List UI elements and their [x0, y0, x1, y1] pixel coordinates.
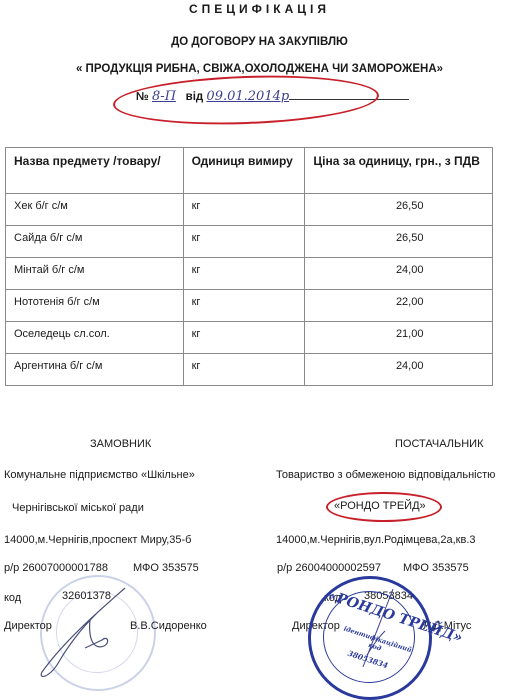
customer-code-label: код [4, 592, 21, 604]
item-name: Мінтай б/г с/м [6, 258, 184, 290]
item-price: 26,50 [305, 226, 493, 258]
item-unit: кг [183, 290, 305, 322]
item-unit: кг [183, 258, 305, 290]
supplier-signature-icon [345, 585, 405, 675]
table-row: Хек б/г с/м кг 26,50 [6, 194, 493, 226]
supplier-address: 14000,м.Чернігів,вул.Родімцева,2а,кв.3 [276, 534, 476, 546]
supplier-account: р/р 26004000002597 [277, 562, 381, 574]
item-price: 21,00 [305, 322, 493, 354]
customer-account: р/р 26007000001788 [4, 562, 108, 574]
item-name: Оселедець сл.сол. [6, 322, 184, 354]
item-name: Аргентина б/г с/м [6, 354, 184, 386]
table-row: Сайда б/г с/м кг 26,50 [6, 226, 493, 258]
customer-director-label: Директор [4, 620, 52, 632]
document-title: СПЕЦИФІКАЦІЯ [0, 2, 519, 16]
customer-mfo: МФО 353575 [133, 562, 199, 574]
column-header-name: Назва предмету /товару/ [6, 148, 184, 194]
table-row: Оселедець сл.сол. кг 21,00 [6, 322, 493, 354]
table-row: Аргентина б/г с/м кг 24,00 [6, 354, 493, 386]
item-price: 24,00 [305, 258, 493, 290]
table-header-row: Назва предмету /товару/ Одиниця вимиру Ц… [6, 148, 493, 194]
item-name: Хек б/г с/м [6, 194, 184, 226]
item-price: 22,00 [305, 290, 493, 322]
item-price: 26,50 [305, 194, 493, 226]
customer-heading: ЗАМОВНИК [90, 438, 151, 450]
supplier-org-line1: Товариство з обмеженою відповідальністю [276, 469, 495, 481]
red-highlight-oval-supplier [326, 492, 442, 522]
table-row: Мінтай б/г с/м кг 24,00 [6, 258, 493, 290]
product-description: « ПРОДУКЦІЯ РИБНА, СВІЖА,ОХОЛОДЖЕНА ЧИ З… [0, 63, 519, 75]
item-unit: кг [183, 354, 305, 386]
specification-table: Назва предмету /товару/ Одиниця вимиру Ц… [5, 147, 493, 386]
customer-code: 32601378 [62, 590, 111, 602]
red-highlight-oval-contract [112, 71, 380, 128]
customer-org-line1: Комунальне підприємство «Шкільне» [4, 469, 195, 481]
table-row: Нототенія б/г с/м кг 22,00 [6, 290, 493, 322]
customer-address: 14000,м.Чернігів,проспект Миру,35-б [4, 534, 191, 546]
supplier-mfo: МФО 353575 [403, 562, 469, 574]
supplier-heading: ПОСТАЧАЛЬНИК [395, 438, 483, 450]
item-unit: кг [183, 226, 305, 258]
item-unit: кг [183, 194, 305, 226]
column-header-price: Ціна за одиницу, грн., з ПДВ [305, 148, 493, 194]
item-unit: кг [183, 322, 305, 354]
column-header-unit: Одиниця вимиру [183, 148, 305, 194]
item-name: Нототенія б/г с/м [6, 290, 184, 322]
customer-org-line2: Чернігівської міської ради [12, 502, 144, 514]
item-name: Сайда б/г с/м [6, 226, 184, 258]
customer-director-name: В.В.Сидоренко [130, 620, 207, 632]
document-subtitle: ДО ДОГОВОРУ НА ЗАКУПІВЛЮ [0, 36, 519, 48]
item-price: 24,00 [305, 354, 493, 386]
